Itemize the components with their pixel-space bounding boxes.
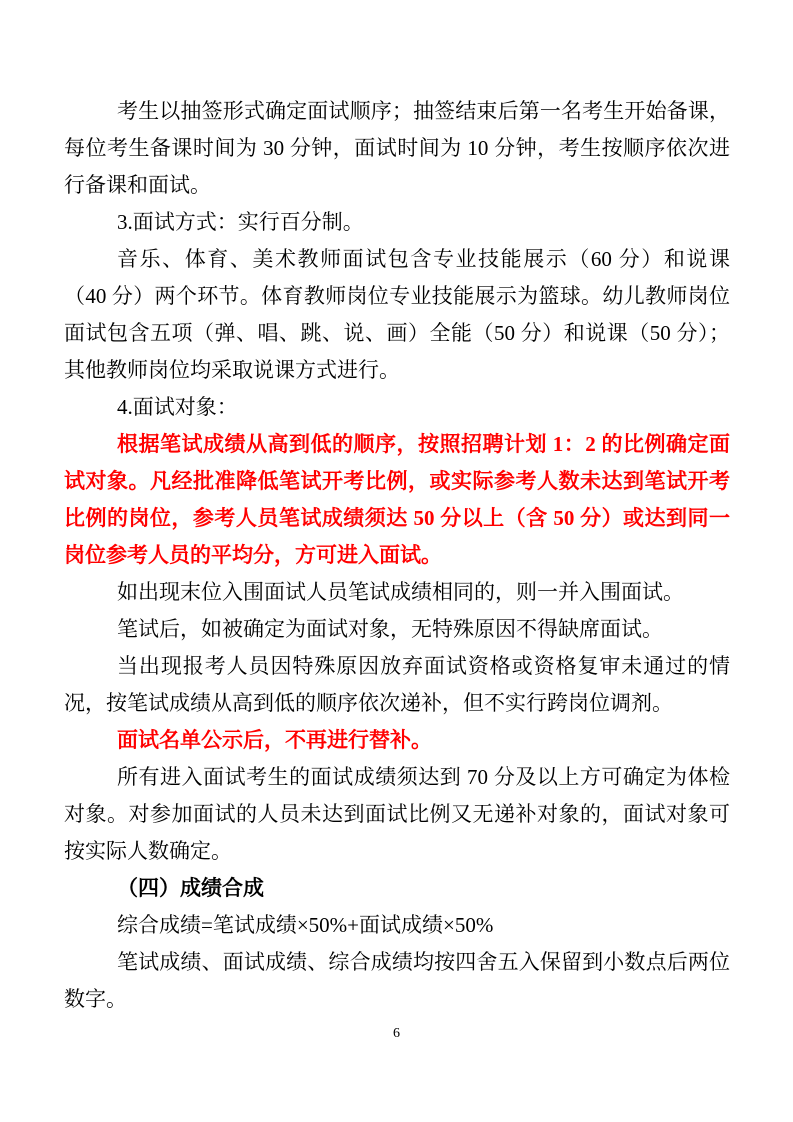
para-replacement-rule: 当出现报考人员因特殊原因放弃面试资格或资格复审未通过的情况，按笔试成绩从高到低的… [64, 648, 730, 722]
para-rounding-rule: 笔试成绩、面试成绩、综合成绩均按四舍五入保留到小数点后两位数字。 [64, 944, 730, 1018]
para-lottery-order: 考生以抽签形式确定面试顺序；抽签结束后第一名考生开始备课，每位考生备课时间为 3… [64, 93, 730, 204]
para-interview-targets-label: 4.面试对象： [64, 389, 730, 426]
heading-score-composition: （四）成绩合成 [64, 870, 730, 907]
para-score-formula: 综合成绩=笔试成绩×50%+面试成绩×50% [64, 907, 730, 944]
para-interview-ratio-emphasis: 根据笔试成绩从高到低的顺序，按照招聘计划 1：2 的比例确定面试对象。凡经批准降… [64, 426, 730, 574]
page-number: 6 [0, 1024, 793, 1044]
document-content: 考生以抽签形式确定面试顺序；抽签结束后第一名考生开始备课，每位考生备课时间为 3… [64, 93, 730, 1018]
para-tie-rule: 如出现末位入围面试人员笔试成绩相同的，则一并入围面试。 [64, 574, 730, 611]
para-interview-method: 3.面试方式：实行百分制。 [64, 204, 730, 241]
para-no-absence-rule: 笔试后，如被确定为面试对象，无特殊原因不得缺席面试。 [64, 611, 730, 648]
para-interview-content: 音乐、体育、美术教师面试包含专业技能展示（60 分）和说课（40 分）两个环节。… [64, 241, 730, 389]
para-no-replacement-emphasis: 面试名单公示后，不再进行替补。 [64, 722, 730, 759]
document-page: 考生以抽签形式确定面试顺序；抽签结束后第一名考生开始备课，每位考生备课时间为 3… [0, 0, 793, 1122]
para-score-threshold: 所有进入面试考生的面试成绩须达到 70 分及以上方可确定为体检对象。对参加面试的… [64, 759, 730, 870]
